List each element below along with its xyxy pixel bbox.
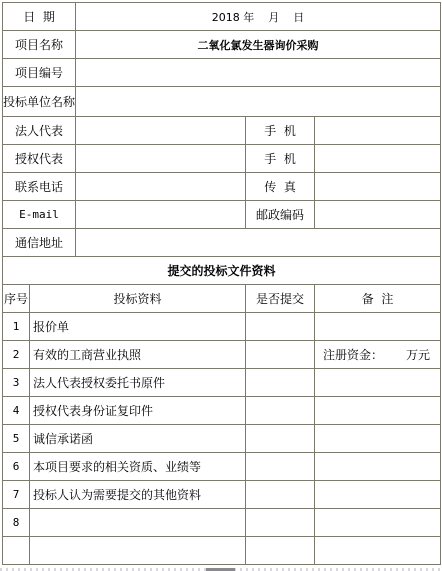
row-bidder-name: 投标单位名称 [3,87,441,117]
doc-submitted-field[interactable] [246,425,315,453]
doc-material-field[interactable] [30,537,246,565]
bidder-name-label: 投标单位名称 [3,87,76,117]
postcode-field[interactable] [315,201,441,229]
doc-no: 6 [3,453,30,481]
legal-rep-phone-field[interactable] [315,117,441,145]
doc-submitted-field[interactable] [246,369,315,397]
row-legal-rep: 法人代表 手 机 [3,117,441,145]
email-field[interactable] [76,201,246,229]
project-name-label: 项目名称 [3,31,76,59]
doc-remark-field[interactable] [315,313,441,341]
doc-remark-field[interactable] [315,509,441,537]
doc-remark-field[interactable]: 注册资金： 万元 [315,341,441,369]
authorized-rep-phone-label: 手 机 [246,145,315,173]
doc-row: 5 诚信承诺函 [3,425,441,453]
doc-no: 7 [3,481,30,509]
doc-submitted-field[interactable] [246,453,315,481]
doc-submitted-field[interactable] [246,313,315,341]
bidder-name-field[interactable] [76,87,441,117]
doc-material: 有效的工商营业执照 [30,341,246,369]
legal-rep-field[interactable] [76,117,246,145]
header-no: 序号 [3,285,30,313]
project-name-value[interactable]: 二氧化氯发生器询价采购 [76,31,441,59]
contact-phone-label: 联系电话 [3,173,76,201]
doc-remark-field[interactable] [315,481,441,509]
row-doc-headers: 序号 投标资料 是否提交 备 注 [3,285,441,313]
fax-field[interactable] [315,173,441,201]
doc-no: 1 [3,313,30,341]
row-authorized-rep: 授权代表 手 机 [3,145,441,173]
doc-remark-field[interactable] [315,425,441,453]
row-date: 日 期 2018 年 月 日 [3,3,441,31]
doc-material-field[interactable] [30,509,246,537]
authorized-rep-field[interactable] [76,145,246,173]
doc-remark-field[interactable] [315,397,441,425]
doc-row [3,537,441,565]
registered-capital-label: 注册资金： [323,346,383,363]
doc-submitted-field[interactable] [246,397,315,425]
doc-material: 诚信承诺函 [30,425,246,453]
authorized-rep-label: 授权代表 [3,145,76,173]
doc-submitted-field[interactable] [246,509,315,537]
row-address: 通信地址 [3,229,441,257]
doc-material: 投标人认为需要提交的其他资料 [30,481,246,509]
header-remark: 备 注 [315,285,441,313]
row-contact-phone: 联系电话 传 真 [3,173,441,201]
doc-row: 4 授权代表身份证复印件 [3,397,441,425]
doc-row: 1 报价单 [3,313,441,341]
row-section-title: 提交的投标文件资料 [3,257,441,285]
legal-rep-label: 法人代表 [3,117,76,145]
fax-label: 传 真 [246,173,315,201]
doc-row: 7 投标人认为需要提交的其他资料 [3,481,441,509]
row-email: E-mail 邮政编码 [3,201,441,229]
row-project-name: 项目名称 二氧化氯发生器询价采购 [3,31,441,59]
bid-registration-form: 日 期 2018 年 月 日 项目名称 二氧化氯发生器询价采购 项目编号 投标单… [2,2,441,565]
registered-capital-unit: 万元 [406,346,430,363]
doc-row: 3 法人代表授权委托书原件 [3,369,441,397]
date-label: 日 期 [3,3,76,31]
documents-section-title: 提交的投标文件资料 [3,257,441,285]
doc-material: 法人代表授权委托书原件 [30,369,246,397]
doc-no: 2 [3,341,30,369]
doc-no: 4 [3,397,30,425]
authorized-rep-phone-field[interactable] [315,145,441,173]
doc-submitted-field[interactable] [246,481,315,509]
doc-material: 报价单 [30,313,246,341]
row-project-number: 项目编号 [3,59,441,87]
postcode-label: 邮政编码 [246,201,315,229]
doc-remark-field[interactable] [315,537,441,565]
email-label: E-mail [3,201,76,229]
doc-row: 2 有效的工商营业执照 注册资金： 万元 [3,341,441,369]
contact-phone-field[interactable] [76,173,246,201]
doc-submitted-field[interactable] [246,341,315,369]
date-value[interactable]: 2018 年 月 日 [76,3,441,31]
doc-no: 5 [3,425,30,453]
project-number-field[interactable] [76,59,441,87]
doc-material: 授权代表身份证复印件 [30,397,246,425]
doc-remark-field[interactable] [315,369,441,397]
doc-remark-field[interactable] [315,453,441,481]
legal-rep-phone-label: 手 机 [246,117,315,145]
doc-no [3,537,30,565]
doc-no: 8 [3,509,30,537]
doc-no: 3 [3,369,30,397]
header-material: 投标资料 [30,285,246,313]
doc-submitted-field[interactable] [246,537,315,565]
header-submitted: 是否提交 [246,285,315,313]
address-field[interactable] [76,229,441,257]
address-label: 通信地址 [3,229,76,257]
doc-material: 本项目要求的相关资质、业绩等 [30,453,246,481]
project-number-label: 项目编号 [3,59,76,87]
doc-row: 6 本项目要求的相关资质、业绩等 [3,453,441,481]
doc-row: 8 [3,509,441,537]
